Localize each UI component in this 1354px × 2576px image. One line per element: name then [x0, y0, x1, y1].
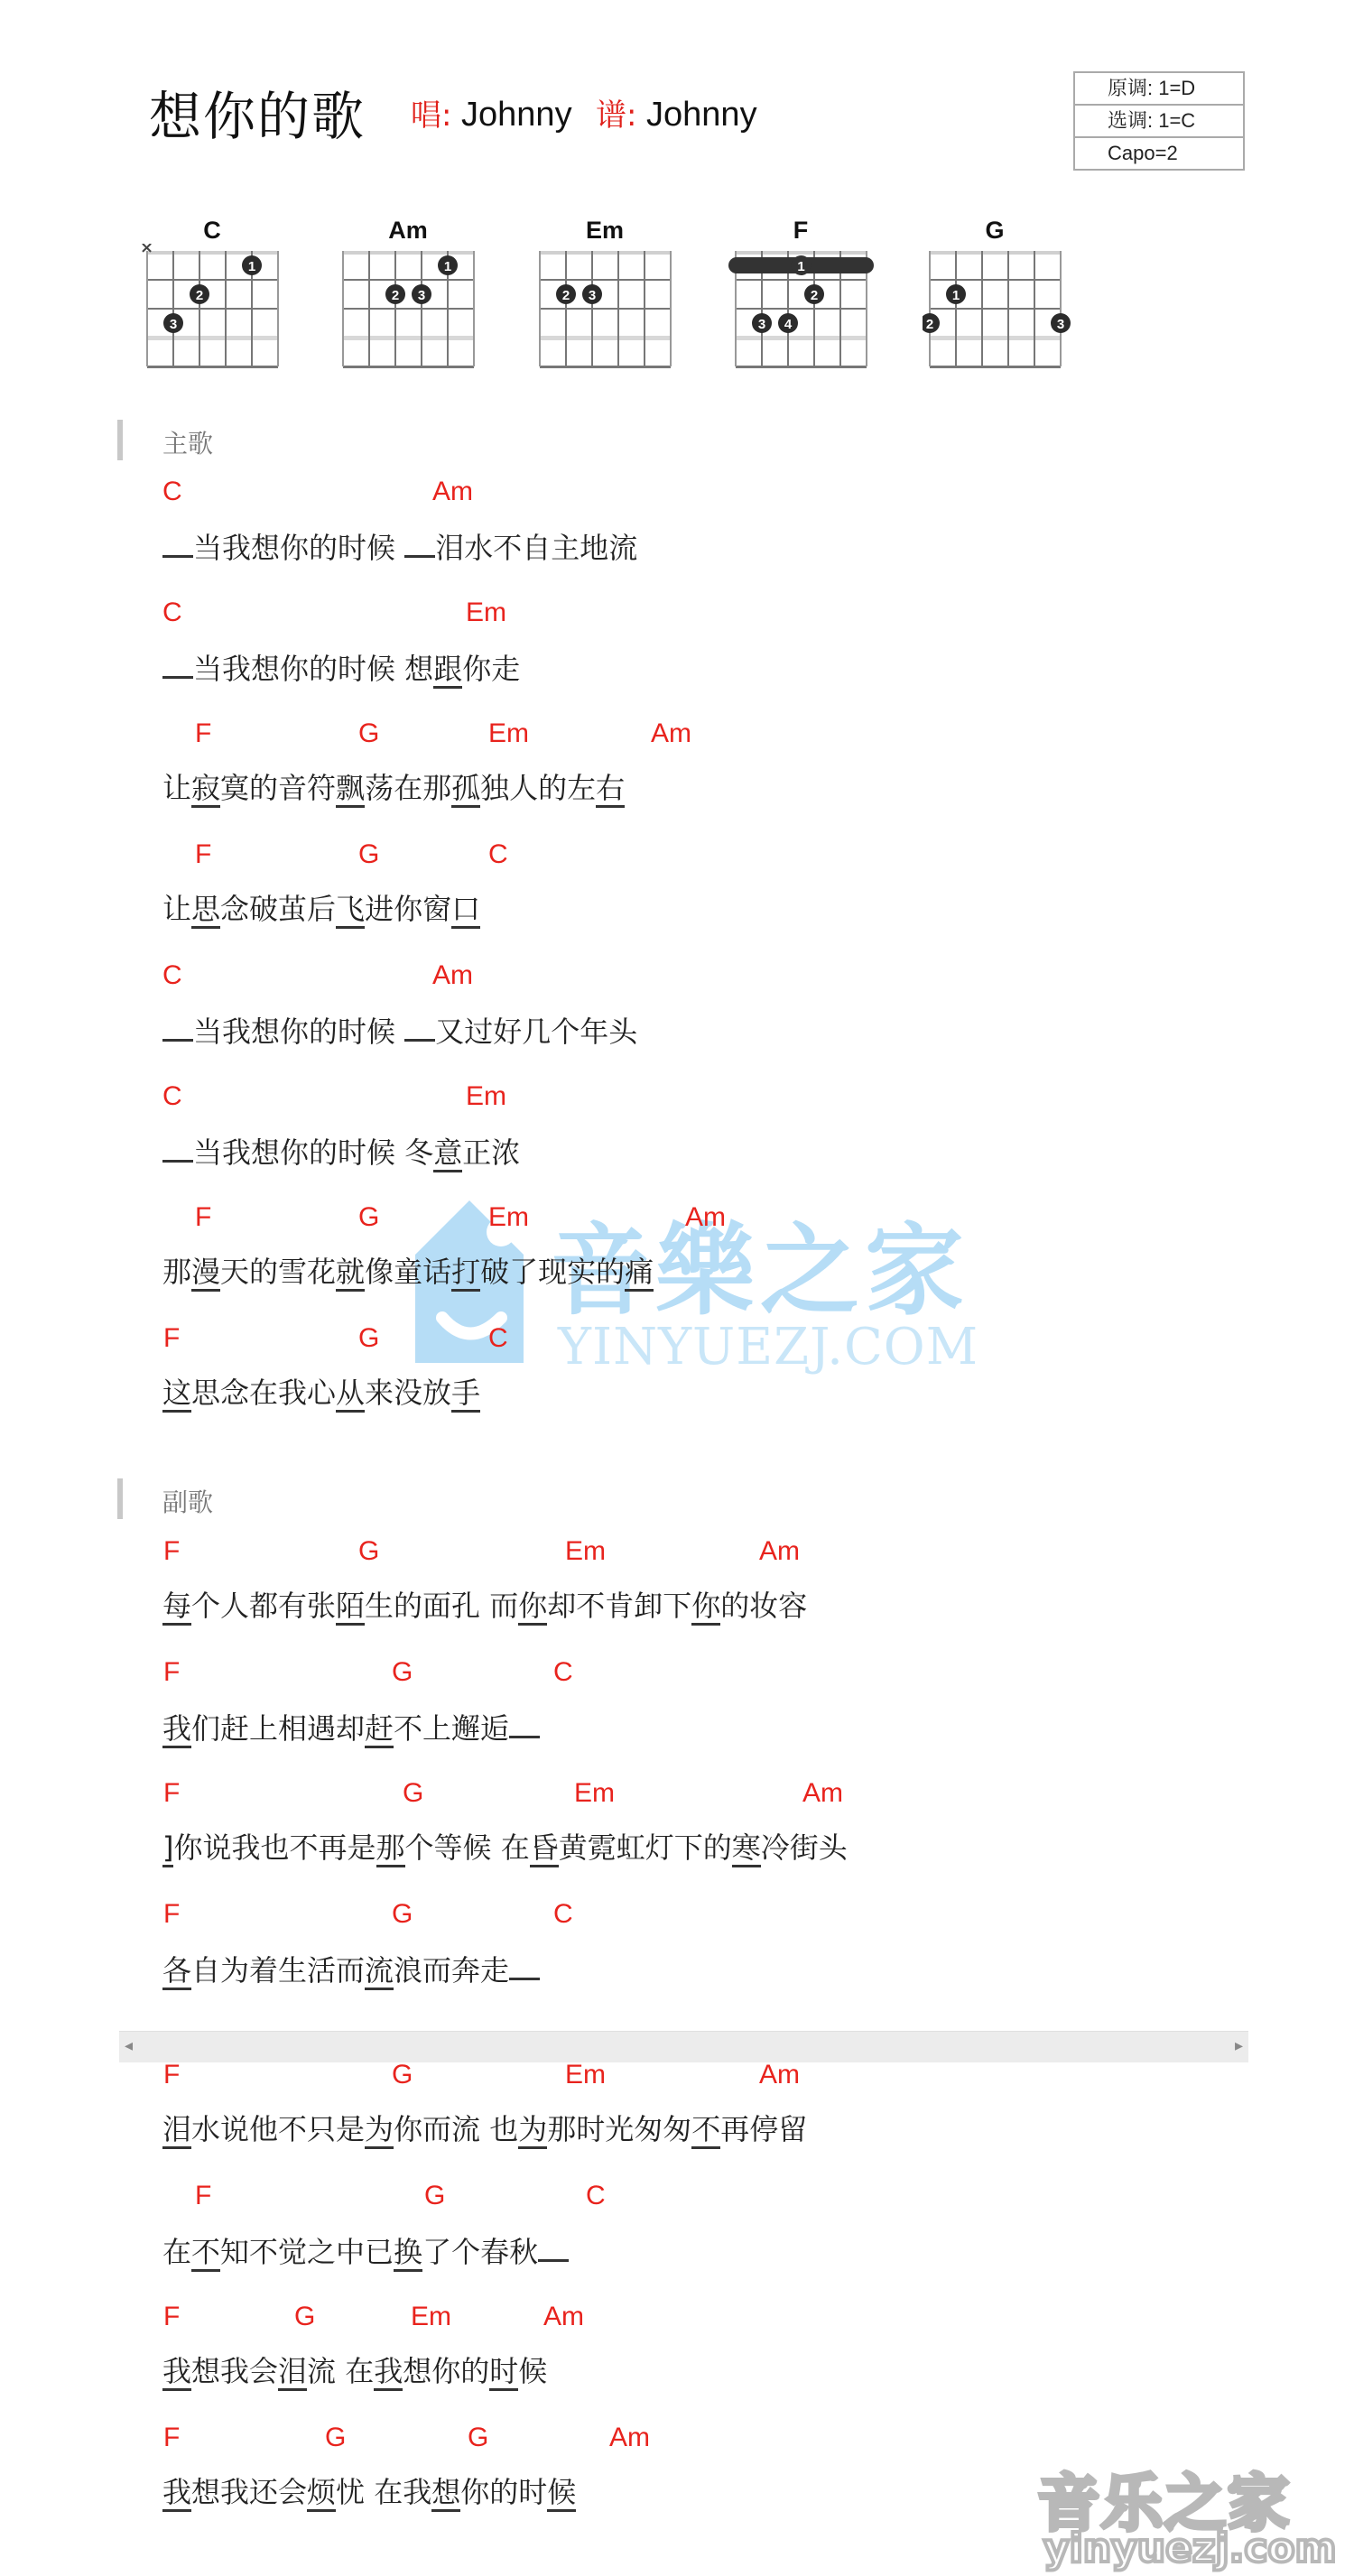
lyric-text: 寞的音符 — [220, 771, 336, 805]
chord-symbol[interactable]: Em — [411, 2303, 451, 2330]
lyric-text: 想我会 — [191, 2354, 278, 2388]
svg-text:3: 3 — [170, 317, 177, 332]
chord-symbol[interactable]: Am — [432, 478, 473, 505]
chord-anchor-char: 我 — [162, 1711, 191, 1748]
svg-text:3: 3 — [589, 288, 596, 303]
lyric-line: 当我想你的时候 又过好几个年头 — [162, 1012, 637, 1050]
chord-anchor-char: 这 — [162, 1376, 191, 1413]
chord-symbol[interactable]: C — [488, 841, 508, 868]
chord-anchor-char: 飞 — [336, 892, 365, 929]
chord-anchor-char: 你 — [518, 1589, 547, 1626]
section-label: 主歌 — [162, 424, 213, 460]
fretboard-grid-icon: 123 — [923, 244, 1076, 379]
lyric-text: 了个春秋 — [422, 2235, 538, 2269]
chord-symbol[interactable]: Am — [802, 1780, 843, 1807]
lyric-text: 思念在我心 — [191, 1376, 336, 1410]
chord-anchor-char: 不 — [691, 2112, 720, 2149]
key-info-box: 原调: 1=D 选调: 1=C Capo=2 — [1073, 71, 1245, 171]
chord-anchor-char: 候 — [547, 2475, 576, 2512]
chord-anchor-char: 不 — [191, 2235, 220, 2272]
chord-symbol[interactable]: Em — [565, 1538, 606, 1565]
fretboard-grid-icon: ×123 — [140, 244, 293, 379]
chord-symbol[interactable]: F — [163, 1901, 180, 1928]
chord-symbol[interactable]: G — [358, 1325, 379, 1352]
svg-text:2: 2 — [562, 288, 570, 303]
chord-symbol[interactable]: F — [163, 2303, 180, 2330]
svg-text:1: 1 — [444, 259, 451, 274]
chord-anchor-char: 泪 — [278, 2354, 307, 2391]
section-marker-bar — [117, 420, 123, 460]
chord-anchor-char: 你 — [691, 1589, 720, 1626]
chord-symbol[interactable]: Em — [466, 599, 506, 626]
lyric-text: 那时光匆匆 — [547, 2112, 691, 2146]
chord-symbol[interactable]: Em — [488, 720, 529, 747]
lyric-text: 你的时 — [460, 2475, 547, 2509]
arranger-label: 谱: — [596, 97, 636, 134]
chord-symbol[interactable]: Am — [759, 2062, 800, 2089]
lyric-text: 那 — [162, 1255, 191, 1289]
chord-anchor-char: 泪 — [162, 2112, 191, 2149]
lyric-text: 个等候 在 — [405, 1830, 530, 1865]
chord-anchor-char: 口 — [451, 892, 480, 929]
svg-text:2: 2 — [196, 288, 203, 303]
lyric-text: 当我想你的时候 — [193, 1015, 404, 1049]
lyric-text: 当我想你的时候 — [193, 531, 404, 565]
chord-symbol[interactable]: G — [358, 720, 379, 747]
lyric-line: 各自为着生活而流浪而奔走 — [162, 1951, 540, 1988]
chord-anchor-char: 各 — [162, 1953, 191, 1990]
chord-diagram-name: G — [923, 217, 1067, 245]
lyric-line: 我想我会泪流 在我想你的时候 — [162, 2353, 547, 2389]
arranger-name[interactable]: Johnny — [646, 96, 757, 134]
chord-symbol[interactable]: G — [294, 2303, 315, 2330]
svg-text:1: 1 — [248, 259, 255, 274]
lyric-text: 荡在那 — [365, 771, 451, 805]
svg-text:2: 2 — [811, 288, 818, 303]
horizontal-scrollbar[interactable]: ◂ ▸ — [119, 2031, 1248, 2062]
corner-watermark: 音乐之家 yinyuezj.com — [1038, 2455, 1336, 2572]
chord-symbol[interactable]: C — [162, 478, 182, 505]
lyric-line: 让寂寞的音符飘荡在那孤独人的左右 — [162, 770, 625, 806]
lyric-text: 独人的左 — [480, 771, 596, 805]
chord-symbol[interactable]: F — [163, 1538, 180, 1565]
lyric-text: 黄霓虹灯下的 — [559, 1830, 732, 1865]
chord-anchor-char: 寂 — [191, 771, 220, 808]
chord-symbol[interactable]: F — [163, 1780, 180, 1807]
chord-symbol[interactable]: C — [553, 1659, 573, 1686]
lyric-text: 像童话 — [365, 1255, 451, 1289]
chord-symbol[interactable]: F — [195, 2182, 211, 2210]
chord-anchor-char: 痛 — [625, 1255, 654, 1292]
chord-symbol[interactable]: Em — [466, 1083, 506, 1110]
chord-symbol[interactable]: F — [163, 1325, 180, 1352]
chord-diagram-name: C — [140, 217, 284, 245]
chord-symbol[interactable]: Am — [543, 2303, 584, 2330]
chord-symbol[interactable]: F — [163, 1659, 180, 1686]
lyric-placeholder — [162, 1012, 193, 1042]
lyric-line: 让思念破茧后飞进你窗口 — [162, 891, 480, 927]
svg-text:3: 3 — [1057, 317, 1064, 332]
svg-text:3: 3 — [418, 288, 425, 303]
chord-anchor-char: 寒 — [732, 1830, 761, 1867]
svg-text:4: 4 — [784, 317, 793, 332]
lyric-text: 流 在 — [307, 2354, 374, 2388]
chord-anchor-char: 我 — [162, 2475, 191, 2512]
chord-symbol[interactable]: Am — [432, 962, 473, 989]
arranger-credit: 谱: Johnny — [596, 90, 757, 134]
lyric-placeholder — [162, 649, 193, 679]
chord-symbol[interactable]: G — [392, 2062, 413, 2089]
svg-text:×: × — [140, 244, 153, 257]
lyric-text: 在 — [162, 2235, 191, 2269]
singer-label: 唱: — [411, 97, 451, 134]
lyric-text: 来没放 — [365, 1376, 451, 1410]
chord-symbol[interactable]: G — [392, 1901, 413, 1928]
chord-diagram-name: F — [728, 217, 873, 245]
lyric-line: 当我想你的时候 泪水不自主地流 — [162, 528, 637, 566]
chord-anchor-char: 思 — [191, 892, 220, 929]
chord-symbol[interactable]: C — [553, 1901, 573, 1928]
chord-anchor-char: 时 — [489, 2354, 518, 2391]
chord-symbol[interactable]: F — [195, 841, 211, 868]
chord-symbol[interactable]: F — [195, 720, 211, 747]
chord-anchor-char: 烦 — [307, 2475, 336, 2512]
chord-diagram-f: F1234 — [728, 217, 873, 379]
watermark-en-text: YINYUEZJ.COM — [558, 1318, 978, 1376]
lyric-text: 冷街头 — [761, 1830, 848, 1865]
chord-anchor-char: 我 — [374, 2354, 403, 2391]
chord-symbol[interactable]: Em — [488, 1204, 529, 1231]
chord-symbol[interactable]: Am — [609, 2424, 650, 2451]
capo-info: Capo=2 — [1075, 136, 1243, 169]
lyric-line: 我们赶上相遇却赶不上邂逅 — [162, 1709, 540, 1747]
chord-anchor-char: 陌 — [336, 1589, 365, 1626]
lyric-text: 当我想你的时候 冬 — [193, 1135, 433, 1170]
section-marker-bar — [117, 1478, 123, 1519]
chord-diagram-name: Am — [336, 217, 480, 245]
svg-text:1: 1 — [797, 259, 804, 274]
svg-text:1: 1 — [952, 288, 960, 303]
lyric-text: 的妆容 — [720, 1589, 807, 1623]
chord-symbol[interactable]: G — [358, 1204, 379, 1231]
chord-diagram-am: Am123 — [336, 217, 480, 379]
chord-symbol[interactable]: G — [424, 2182, 445, 2210]
lyric-text: 候 — [518, 2354, 547, 2388]
chord-anchor-char: 打 — [451, 1255, 480, 1292]
chord-diagram-em: Em23 — [533, 217, 677, 379]
chord-anchor-char: 流 — [365, 1953, 394, 1990]
lyric-line: 在不知不觉之中已换了个春秋 — [162, 2232, 569, 2270]
svg-text:2: 2 — [392, 288, 399, 303]
chord-anchor-char: ] — [162, 1830, 173, 1867]
chord-symbol[interactable]: G — [358, 1538, 379, 1565]
corner-watermark-en: yinyuezj.com — [1043, 2525, 1337, 2571]
chord-anchor-char: 意 — [433, 1135, 462, 1172]
chord-anchor-char: 右 — [596, 771, 625, 808]
fretboard-grid-icon: 1234 — [728, 244, 882, 379]
chord-anchor-char: 从 — [336, 1376, 365, 1413]
lyric-text: 却不肯卸下 — [547, 1589, 691, 1623]
lyric-text: 浪而奔走 — [394, 1953, 509, 1988]
original-key: 原调: 1=D — [1075, 73, 1243, 104]
lyric-placeholder — [162, 528, 193, 558]
chord-symbol[interactable]: G — [392, 1659, 413, 1686]
lyric-text: 你说我也不再是 — [173, 1830, 376, 1865]
fretboard-grid-icon: 23 — [533, 244, 686, 379]
lyric-text: 知不觉之中已 — [220, 2235, 394, 2269]
chord-symbol[interactable]: G — [358, 841, 379, 868]
corner-watermark-cn: 音乐之家 — [1038, 2455, 1291, 2543]
lyric-text: 忧 在我 — [336, 2475, 431, 2509]
section-label: 副歌 — [162, 1483, 213, 1519]
lyric-text: 你而流 也 — [394, 2112, 518, 2146]
lyric-text: 个人都有张 — [191, 1589, 336, 1623]
chord-symbol[interactable]: G — [325, 2424, 346, 2451]
lyric-text: 正浓 — [462, 1135, 520, 1170]
lyric-text: 自为着生活而 — [191, 1953, 365, 1988]
lyric-line: 我想我还会烦忧 在我想你的时候 — [162, 2474, 576, 2510]
lyric-text: 泪水不自主地流 — [435, 531, 637, 565]
lyric-line: 泪水说他不只是为你而流 也为那时光匆匆不再停留 — [162, 2111, 807, 2147]
song-title: 想你的歌 — [149, 74, 366, 150]
lyric-text: 念破茧后 — [220, 892, 336, 926]
scroll-left-arrow-icon[interactable]: ◂ — [125, 2036, 133, 2055]
chord-symbol[interactable]: C — [586, 2182, 606, 2210]
chord-anchor-char: 手 — [451, 1376, 480, 1413]
chord-symbol[interactable]: F — [163, 2424, 180, 2451]
chord-anchor-char: 漫 — [191, 1255, 220, 1292]
chord-symbol[interactable]: F — [195, 1204, 211, 1231]
selected-key: 选调: 1=C — [1075, 104, 1243, 136]
lyric-placeholder — [404, 1012, 435, 1042]
lyric-text: 们赶上相遇却 — [191, 1711, 365, 1746]
chord-diagram-c: C×123 — [140, 217, 284, 379]
lyric-placeholder — [538, 2232, 569, 2262]
chord-symbol[interactable]: C — [488, 1325, 508, 1352]
singer-credit: 唱: Johnny — [411, 90, 572, 134]
lyric-text: 进你窗 — [365, 892, 451, 926]
lyric-placeholder — [162, 1133, 193, 1163]
chord-symbol[interactable]: Am — [759, 1538, 800, 1565]
lyric-text: 再停留 — [720, 2112, 807, 2146]
svg-text:3: 3 — [758, 317, 765, 332]
chord-anchor-char: 赶 — [365, 1711, 394, 1748]
lyric-text: 想你的 — [403, 2354, 489, 2388]
chord-anchor-char: 孤 — [451, 771, 480, 808]
lyric-line: 当我想你的时候 冬意正浓 — [162, 1133, 520, 1171]
chord-symbol[interactable]: C — [162, 599, 182, 626]
chord-anchor-char: 就 — [336, 1255, 365, 1292]
chord-anchor-char: 我 — [162, 2354, 191, 2391]
lyric-text: 不上邂逅 — [394, 1711, 509, 1746]
scroll-right-arrow-icon[interactable]: ▸ — [1235, 2036, 1243, 2055]
lyric-placeholder — [404, 528, 435, 558]
lyric-placeholder — [509, 1951, 540, 1980]
chord-anchor-char: 换 — [394, 2235, 422, 2272]
chord-diagram-name: Em — [533, 217, 677, 245]
svg-text:2: 2 — [926, 317, 933, 332]
lyric-line: 这思念在我心从来没放手 — [162, 1375, 480, 1411]
lyric-placeholder — [509, 1709, 540, 1738]
lyric-text: 让 — [162, 771, 191, 805]
chord-anchor-char: 想 — [431, 2475, 460, 2512]
chord-anchor-char: 为 — [365, 2112, 394, 2149]
chord-symbol[interactable]: G — [403, 1780, 423, 1807]
chord-symbol[interactable]: Em — [574, 1780, 615, 1807]
chord-symbol[interactable]: C — [162, 962, 182, 989]
chord-anchor-char: 那 — [376, 1830, 405, 1867]
lyric-text: 破了现实的 — [480, 1255, 625, 1289]
chord-symbol[interactable]: Em — [565, 2062, 606, 2089]
chord-symbol[interactable]: C — [162, 1083, 182, 1110]
lyric-line: 每个人都有张陌生的面孔 而你却不肯卸下你的妆容 — [162, 1588, 807, 1624]
chord-anchor-char: 昏 — [530, 1830, 559, 1867]
lyric-text: 生的面孔 而 — [365, 1589, 518, 1623]
chord-symbol[interactable]: F — [163, 2062, 180, 2089]
chord-anchor-char: 为 — [518, 2112, 547, 2149]
lyric-text: 天的雪花 — [220, 1255, 336, 1289]
lyric-line: ]你说我也不再是那个等候 在昏黄霓虹灯下的寒冷街头 — [162, 1830, 848, 1866]
lyric-line: 那漫天的雪花就像童话打破了现实的痛 — [162, 1254, 654, 1290]
lyric-line: 当我想你的时候 想跟你走 — [162, 649, 520, 687]
chord-symbol[interactable]: Am — [651, 720, 691, 747]
chord-anchor-char: 飘 — [336, 771, 365, 808]
singer-name[interactable]: Johnny — [461, 96, 572, 134]
lyric-text: 当我想你的时候 想 — [193, 652, 433, 686]
lyric-text: 你走 — [462, 652, 520, 686]
chord-anchor-char: 每 — [162, 1589, 191, 1626]
lyric-text: 想我还会 — [191, 2475, 307, 2509]
chord-diagram-g: G123 — [923, 217, 1067, 379]
lyric-text: 水说他不只是 — [191, 2112, 365, 2146]
chord-anchor-char: 跟 — [433, 652, 462, 689]
lyric-text: 又过好几个年头 — [435, 1015, 637, 1049]
chord-symbol[interactable]: Am — [685, 1204, 726, 1231]
chord-symbol[interactable]: G — [468, 2424, 488, 2451]
fretboard-grid-icon: 123 — [336, 244, 489, 379]
lyric-text: 让 — [162, 892, 191, 926]
